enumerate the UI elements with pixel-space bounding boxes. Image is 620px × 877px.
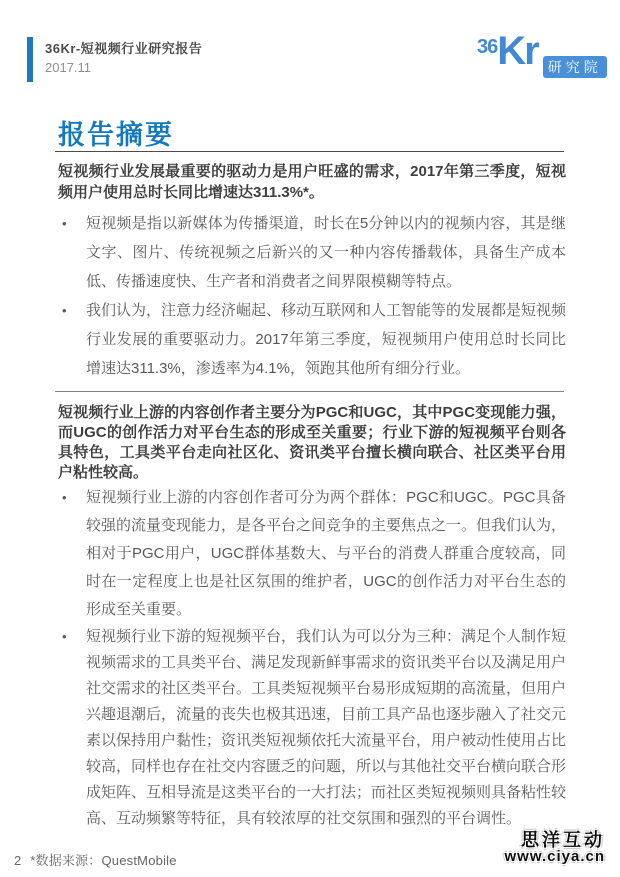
report-page: 36Kr-短视频行业研究报告 2017.11 36 Kr 研究院 报告摘要 短视… [0, 0, 620, 877]
page-footer: 2 *数据来源：QuestMobile [14, 850, 177, 869]
list-item-text: 我们认为，注意力经济崛起、移动互联网和人工智能等的发展都是短视频行业发展的重要驱… [86, 302, 566, 377]
header-accent-bar [27, 37, 33, 82]
list-item: • 短视频行业上游的内容创作者可分为两个群体：PGC和UGC。PGC具备较强的流… [58, 484, 566, 624]
section-divider [55, 391, 564, 392]
report-title: 36Kr-短视频行业研究报告 [45, 38, 202, 57]
bullet-icon: • [62, 624, 67, 650]
watermark: 思洋互动 www.ciya.cn [505, 831, 605, 865]
bullet-icon: • [62, 484, 67, 512]
list-item: • 短视频是指以新媒体为传播渠道，时长在5分钟以内的视频内容，其是继文字、图片、… [58, 209, 566, 296]
report-date: 2017.11 [45, 60, 91, 75]
page-number: 2 [14, 853, 21, 868]
section-2-lead: 短视频行业上游的内容创作者主要分为PGC和UGC，其中PGC变现能力强，而UGC… [58, 403, 566, 483]
watermark-url: www.ciya.cn [505, 849, 605, 865]
list-item-text: 短视频是指以新媒体为传播渠道，时长在5分钟以内的视频内容，其是继文字、图片、传统… [86, 215, 566, 290]
list-item: • 短视频行业下游的短视频平台，我们认为可以分为三种：满足个人制作短视频需求的工… [58, 624, 566, 832]
list-item-text: 短视频行业下游的短视频平台，我们认为可以分为三种：满足个人制作短视频需求的工具类… [86, 628, 566, 827]
logo-36-text: 36 [477, 37, 497, 57]
data-source-note: *数据来源：QuestMobile [30, 850, 176, 869]
list-item: • 我们认为，注意力经济崛起、移动互联网和人工智能等的发展都是短视频行业发展的重… [58, 296, 566, 383]
page-title: 报告摘要 [58, 113, 174, 152]
logo-kr-text: Kr [497, 34, 537, 68]
list-item-text: 短视频行业上游的内容创作者可分为两个群体：PGC和UGC。PGC具备较强的流量变… [86, 489, 566, 618]
logo-research-badge: 研究院 [543, 56, 607, 78]
watermark-brand: 思洋互动 [505, 831, 605, 849]
bullet-icon: • [62, 296, 67, 325]
section-1-lead: 短视频行业发展最重要的驱动力是用户旺盛的需求，2017年第三季度，短视频用户使用… [58, 161, 566, 203]
title-underline [55, 151, 564, 152]
36kr-research-logo: 36 Kr 研究院 [477, 34, 607, 78]
bullet-icon: • [62, 209, 67, 238]
